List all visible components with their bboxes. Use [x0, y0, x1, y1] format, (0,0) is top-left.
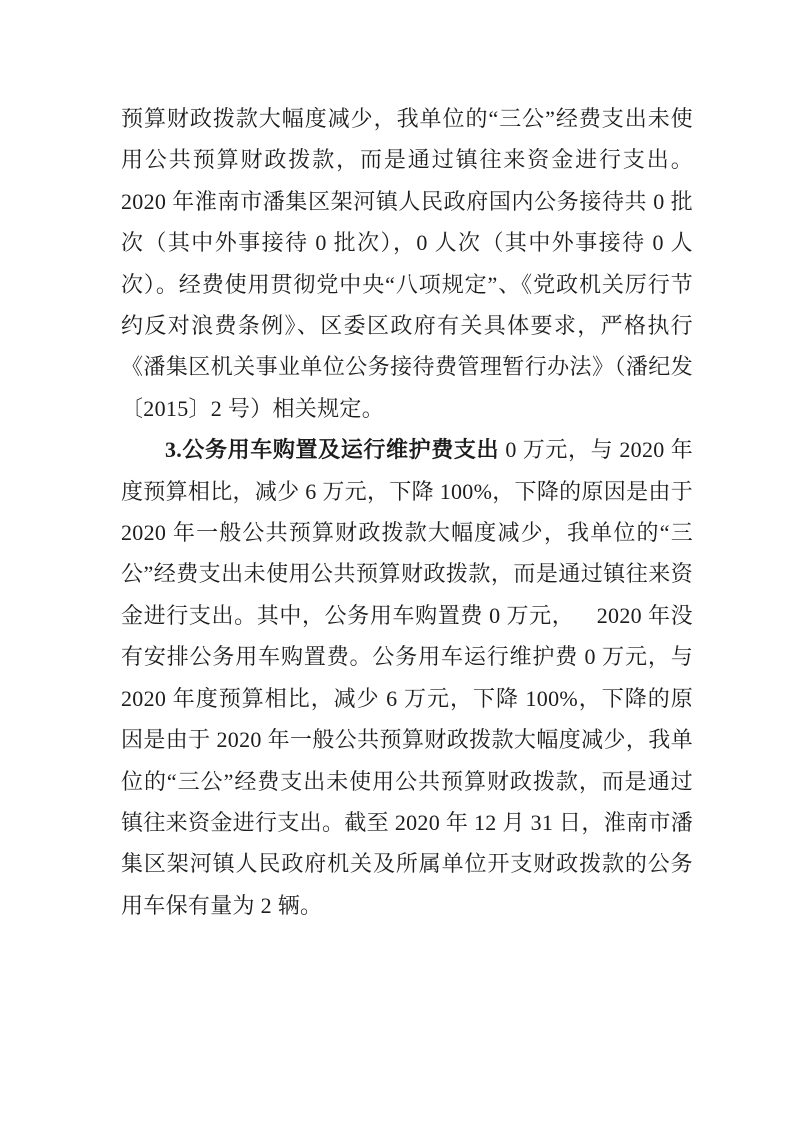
document-page: 预算财政拨款大幅度减少，我单位的“三公”经费支出未使用公共预算财政拨款，而是通过…: [0, 0, 793, 1122]
vehicle-paragraph-text: 0 万元，与 2020 年度预算相比，减少 6 万元，下降 100%，下降的原因…: [121, 437, 693, 917]
paragraph-official-vehicle-expense: 3.公务用车购置及运行维护费支出 0 万元，与 2020 年度预算相比，减少 6…: [121, 429, 693, 926]
document-body: 预算财政拨款大幅度减少，我单位的“三公”经费支出未使用公共预算财政拨款，而是通过…: [121, 98, 693, 926]
paragraph-official-reception-expense: 预算财政拨款大幅度减少，我单位的“三公”经费支出未使用公共预算财政拨款，而是通过…: [121, 98, 693, 429]
vehicle-paragraph-bold-heading: 3.公务用车购置及运行维护费支出: [165, 437, 499, 462]
